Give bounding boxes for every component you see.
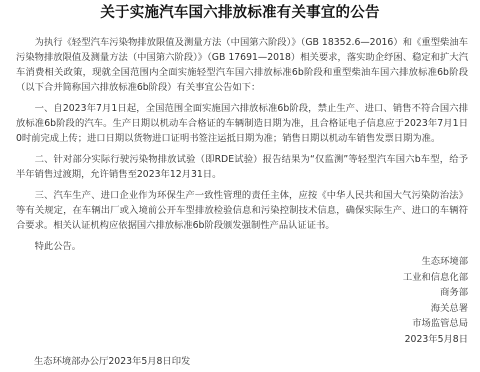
clause-two-paragraph: 二、针对部分实际行驶污染物排放试验（即RDE试验）报告结果为“仅监测”等轻型汽车… xyxy=(16,152,468,182)
signatory-customs: 海关总署 xyxy=(403,301,468,317)
signatory-mofcom: 商务部 xyxy=(403,285,468,301)
intro-paragraph: 为执行《轻型汽车污染物排放限值及测量方法（中国第六阶段）》（GB 18352.6… xyxy=(16,35,468,95)
signature-date: 2023年5月8日 xyxy=(403,332,468,348)
document-body: 为执行《轻型汽车污染物排放限值及测量方法（中国第六阶段）》（GB 18352.6… xyxy=(16,35,468,258)
document-title: 关于实施汽车国六排放标准有关事宜的公告 xyxy=(0,4,480,22)
signatory-samr: 市场监管总局 xyxy=(403,316,468,332)
signatory-mee: 生态环境部 xyxy=(403,254,468,270)
issuance-note: 生态环境部办公厅2023年5月8日印发 xyxy=(34,356,190,368)
clause-three-paragraph: 三、汽车生产、进口企业作为环保生产一致性管理的责任主体，应按《中华人民共和国大气… xyxy=(16,188,468,233)
clause-one-paragraph: 一、自2023年7月1日起，全国范围全面实施国六排放标准6b阶段，禁止生产、进口… xyxy=(16,101,468,146)
signatory-miit: 工业和信息化部 xyxy=(403,270,468,286)
closing-statement: 特此公告。 xyxy=(16,239,468,254)
signature-block: 生态环境部 工业和信息化部 商务部 海关总署 市场监管总局 2023年5月8日 xyxy=(403,254,468,347)
